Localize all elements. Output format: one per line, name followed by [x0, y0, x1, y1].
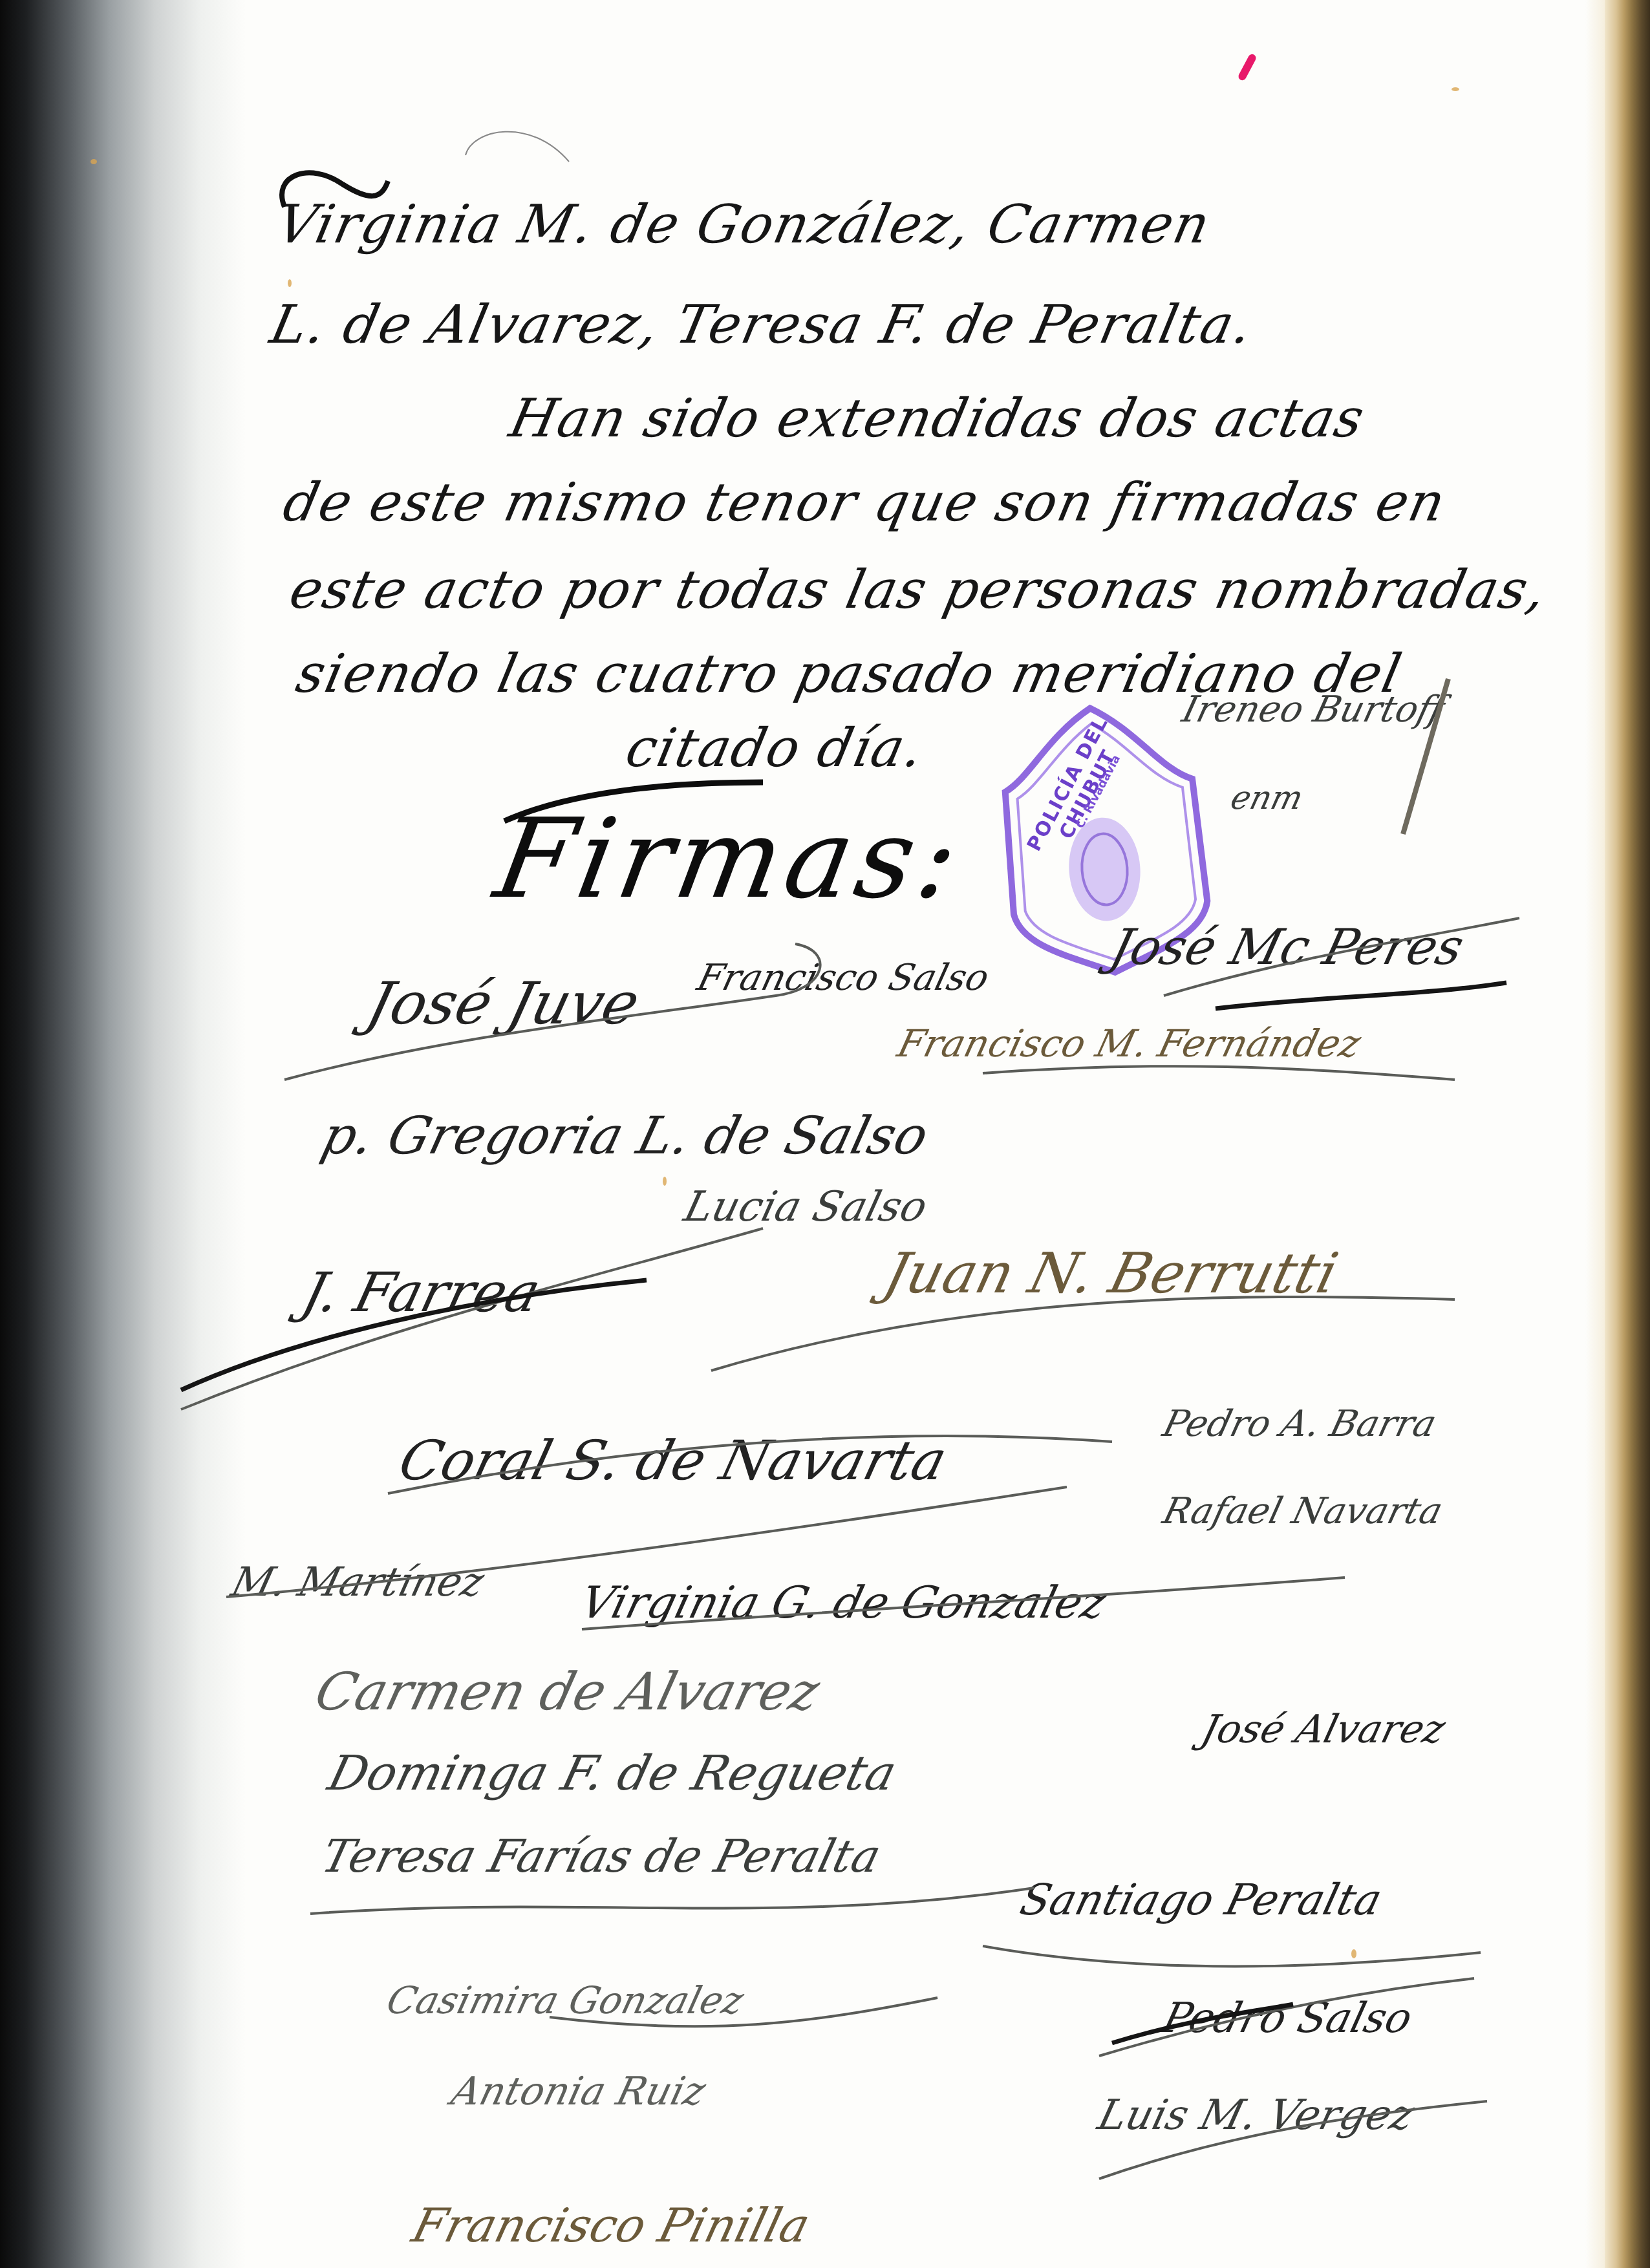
signature: Juan N. Berrutti: [878, 1241, 1345, 1306]
signature: José Mc Peres: [1105, 918, 1470, 976]
interlineation-note: enm: [1227, 779, 1307, 817]
signature: Francisco Salso: [693, 957, 993, 999]
signature: Santiago Peralta: [1015, 1875, 1387, 1925]
body-line-2: L. de Alvarez, Teresa F. de Peralta.: [265, 294, 1259, 356]
signature: Francisco M. Fernández: [894, 1022, 1366, 1065]
signature: Casimira Gonzalez: [383, 1978, 749, 2022]
foxing-spot: [288, 279, 292, 287]
body-line-7: citado día.: [621, 718, 930, 779]
signature: Carmen de Alvarez: [309, 1662, 825, 1722]
pink-ink-mark: [1237, 53, 1257, 81]
foxing-spot: [1351, 1949, 1356, 1958]
foxing-spot: [91, 159, 97, 164]
body-line-5: este acto por todas las personas nombrad…: [284, 559, 1552, 621]
signatures-heading: Firmas:: [487, 795, 973, 923]
margin-signature: Ireneo Burtoff: [1178, 689, 1449, 731]
signature: Antonia Ruiz: [447, 2069, 710, 2114]
body-line-4: de este mismo tenor que son firmadas en: [278, 472, 1452, 533]
signature: p. Gregoria L. de Salso: [316, 1106, 934, 1166]
signature: Pedro A. Barra: [1159, 1403, 1441, 1445]
signature: M. Martínez: [227, 1558, 489, 1605]
signature: Dominga F. de Regueta: [323, 1746, 902, 1801]
signature: Virginia G. de Gonzalez: [575, 1578, 1111, 1629]
signature: Rafael Navarta: [1159, 1490, 1447, 1532]
signature: José Juve: [360, 970, 647, 1038]
body-line-3: Han sido extendidas dos actas: [504, 388, 1371, 449]
signature: Luis M. Vergez: [1093, 2091, 1419, 2139]
foxing-spot: [663, 1177, 667, 1186]
signature: Teresa Farías de Peralta: [317, 1830, 886, 1883]
signature: J. Farrea: [296, 1261, 547, 1324]
page-binding-edge: [1605, 0, 1650, 2268]
signature: Francisco Pinilla: [407, 2198, 815, 2252]
body-line-1: Virginia M. de González, Carmen: [272, 194, 1216, 255]
signature: Pedro Salso: [1158, 1995, 1417, 2042]
book-gutter-shadow: [0, 0, 246, 2268]
signature: Coral S. de Navarta: [393, 1429, 953, 1492]
signature: Lucia Salso: [680, 1183, 932, 1231]
foxing-spot: [1452, 87, 1459, 91]
signature: José Alvarez: [1197, 1707, 1450, 1752]
